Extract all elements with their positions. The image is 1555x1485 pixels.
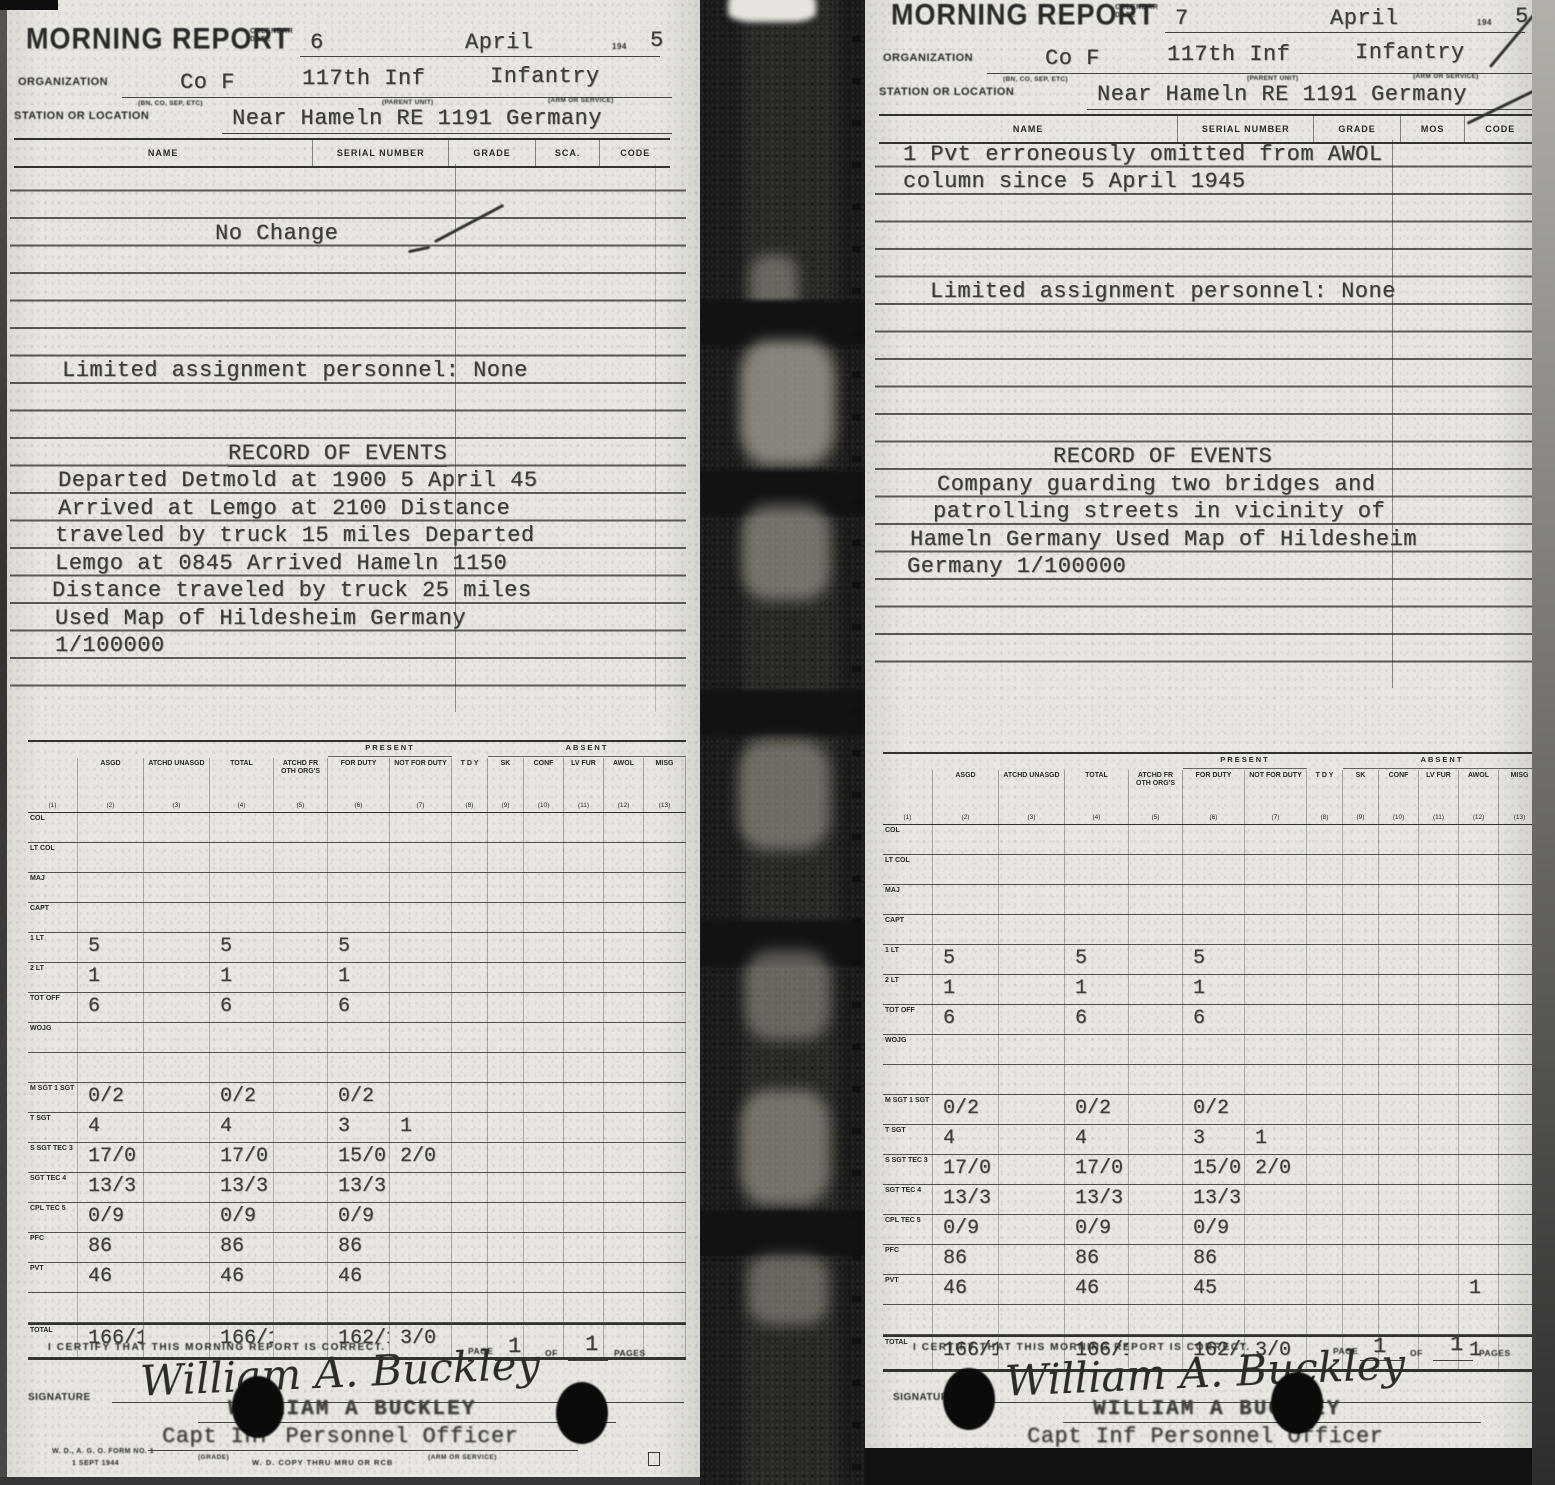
strength-cell [1065,1065,1129,1094]
strength-row: 2 LT111 [28,963,686,993]
strength-cell [1419,1095,1459,1124]
strength-cell [604,1083,644,1112]
strength-cell [1129,1185,1183,1214]
strength-row: PVT464646 [28,1263,686,1293]
strength-row: WOJG [28,1023,686,1053]
strength-cell [274,993,328,1022]
strength-cell: 4 [78,1113,144,1142]
microfilm-spool-strip [700,0,865,1485]
strength-cell [1459,975,1499,1004]
strength-table-header: (1)ASGD(2)ATCHD UNASGD(3)TOTAL(4)ATCHD F… [28,758,686,813]
strength-cell [452,963,488,992]
strength-cell [524,1203,564,1232]
strength-cell [999,1185,1065,1214]
strength-cell: 1 [78,963,144,992]
strength-cell [328,873,390,902]
strength-cell: 6 [328,993,390,1022]
strength-cell [1379,1245,1419,1274]
strength-cell [604,903,644,932]
pages-label: PAGES [614,1348,646,1358]
strength-cell [999,885,1065,914]
strength-cell [390,1203,452,1232]
strength-cell [144,993,210,1022]
strength-cell: 5 [1183,945,1245,974]
column-header: CONF(10) [1379,770,1419,824]
strength-cell [452,1233,488,1262]
signature-label: SIGNATURE [28,1392,91,1403]
strength-row: SGT TEC 413/313/313/3 [28,1173,686,1203]
film-frame-gap [700,1210,865,1256]
strength-cell [78,1053,144,1082]
strength-cell [274,1113,328,1142]
strength-cell: 0/9 [78,1203,144,1232]
strength-cell [1379,1065,1419,1094]
grade-stub: CPL TEC 5 [883,1215,933,1244]
grade-stub: LT COL [883,855,933,884]
strength-cell [999,1005,1065,1034]
strength-cell [452,843,488,872]
grade-stub: M SGT 1 SGT [883,1095,933,1124]
strength-cell [1307,1155,1343,1184]
strength-cell [1307,1215,1343,1244]
strength-cell [1129,1095,1183,1124]
strength-cell [1343,1245,1379,1274]
column-header: T D Y(8) [1307,770,1343,824]
strength-cell [564,843,604,872]
strength-cell: 46 [933,1275,999,1304]
strength-cell [210,903,274,932]
strength-cell [1245,1065,1307,1094]
strength-cell [1245,945,1307,974]
strength-cell [1343,1005,1379,1034]
strength-cell: 46 [1065,1275,1129,1304]
scan-corner-artifact [0,0,58,10]
strength-cell [1065,825,1129,854]
strength-cell [144,963,210,992]
strength-cell [274,933,328,962]
strength-cell [144,813,210,842]
strength-cell [1129,945,1183,974]
strength-cell [564,1143,604,1172]
strength-cell [452,1113,488,1142]
strength-cell [1307,1125,1343,1154]
grade-stub: MAJ [883,885,933,914]
strength-cell [1307,1095,1343,1124]
strength-cell [274,1023,328,1052]
strength-row: COL [28,813,686,843]
strength-cell [1459,1095,1499,1124]
strength-cell [1379,1185,1419,1214]
strength-cell: 86 [1065,1245,1129,1274]
film-blob [740,1090,830,1205]
strength-cell [1379,1035,1419,1064]
column-groups: PRESENTABSENT [28,740,686,758]
strength-cell [78,873,144,902]
strength-cell [1307,1005,1343,1034]
strength-cell [1245,885,1307,914]
strength-cell [644,1143,686,1172]
strength-cell: 1 [1245,1125,1307,1154]
strength-cell [644,1023,686,1052]
strength-cell [1343,885,1379,914]
strength-cell: 45 [1183,1275,1245,1304]
copy-note: W. D. COPY THRU MRU OR RCB [252,1458,393,1467]
strength-cell [144,933,210,962]
strength-cell [1343,1275,1379,1304]
page-total: 1 [585,1332,599,1357]
strength-cell [328,1053,390,1082]
strength-cell [390,1083,452,1112]
strength-cell [78,813,144,842]
strength-cell [328,843,390,872]
strength-row: PFC868686 [883,1245,1541,1275]
strength-cell: 5 [933,945,999,974]
strength-cell [390,1233,452,1262]
strength-cell [144,903,210,932]
grade-sublabel: (GRADE) [198,1454,229,1461]
strength-cell: 6 [78,993,144,1022]
strength-row: PVT4646451 [883,1275,1541,1305]
strength-cell [1419,915,1459,944]
strength-cell [452,993,488,1022]
column-header: (1) [883,770,933,824]
strength-cell [564,1263,604,1292]
strength-row: S SGT TEC 317/017/015/02/0 [883,1155,1541,1185]
strength-cell [999,1035,1065,1064]
punch-hole [556,1382,608,1444]
strength-cell [1343,825,1379,854]
strength-cell [1129,1245,1183,1274]
strength-cell [210,873,274,902]
strength-cell: 3 [1183,1125,1245,1154]
strength-cell [1183,885,1245,914]
strength-cell: 0/9 [1065,1215,1129,1244]
strength-cell [999,1155,1065,1184]
strength-cell [999,1305,1065,1334]
strength-cell: 0/9 [933,1215,999,1244]
column-header: SK(9) [488,758,524,812]
strength-cell: 6 [1183,1005,1245,1034]
strength-cell [1419,1275,1459,1304]
strength-cell [1245,1305,1307,1334]
strength-cell [933,885,999,914]
column-header: FOR DUTY(6) [1183,770,1245,824]
strength-cell [274,1053,328,1082]
strength-cell: 6 [933,1005,999,1034]
strength-cell [1419,885,1459,914]
strength-cell [1419,975,1459,1004]
column-header: AWOL(12) [1459,770,1499,824]
strength-cell [604,1173,644,1202]
strength-row: T SGT4431 [28,1113,686,1143]
scanned-microfilm-document: MORNING REPORT CALENDAR DATE 6 April 194… [0,0,1555,1485]
grade-stub: PVT [883,1275,933,1304]
strength-cell [564,903,604,932]
strength-cell [1343,1155,1379,1184]
strength-cell [488,1293,524,1322]
strength-cell: 1 [1183,975,1245,1004]
form-corner-box [648,1452,660,1466]
strength-cell [933,855,999,884]
strength-cell [1129,975,1183,1004]
strength-cell [1245,1035,1307,1064]
strength-cell [1419,1035,1459,1064]
strength-cell [1459,1155,1499,1184]
strength-cell: 0/9 [1183,1215,1245,1244]
strength-cell [644,1083,686,1112]
strength-cell [144,1053,210,1082]
strength-cell [604,1263,644,1292]
strength-cell [1419,855,1459,884]
strength-cell: 86 [328,1233,390,1262]
strength-cell [1245,1095,1307,1124]
column-header: SK(9) [1343,770,1379,824]
column-header: CONF(10) [524,758,564,812]
strength-cell [210,1053,274,1082]
strength-cell [604,963,644,992]
strength-cell [1459,885,1499,914]
strength-cell [274,1263,328,1292]
strength-cell [488,813,524,842]
strength-cell: 5 [78,933,144,962]
strength-cell [274,1293,328,1322]
grade-stub: CAPT [28,903,78,932]
strength-cell: 17/0 [1065,1155,1129,1184]
strength-cell [488,963,524,992]
grade-stub: M SGT 1 SGT [28,1083,78,1112]
column-group-present: PRESENT [1183,755,1307,769]
grade-stub: LT COL [28,843,78,872]
strength-cell: 86 [210,1233,274,1262]
strength-cell [524,1173,564,1202]
strength-cell [564,1083,604,1112]
strength-cell [999,1275,1065,1304]
strength-cell [1245,975,1307,1004]
strength-cell: 46 [78,1263,144,1292]
strength-cell [524,1113,564,1142]
punch-hole [943,1368,995,1430]
strength-cell [1459,1215,1499,1244]
film-blob [740,340,835,465]
strength-cell [524,1053,564,1082]
film-blob [742,505,830,600]
strength-cell [452,813,488,842]
strength-cell [488,1203,524,1232]
strength-cell [644,1263,686,1292]
strength-cell [1459,1125,1499,1154]
column-groups: PRESENTABSENT [883,752,1541,770]
of-label: OF [1410,1348,1423,1358]
grade-stub: S SGT TEC 3 [883,1155,933,1184]
strength-cell [488,993,524,1022]
page-total-rule [568,1360,608,1361]
strength-cell [488,1023,524,1052]
strength-cell [933,1065,999,1094]
strength-cell [1343,1065,1379,1094]
strength-table: PRESENTABSENT(1)ASGD(2)ATCHD UNASGD(3)TO… [28,740,686,1360]
strength-cell [1419,1065,1459,1094]
strength-cell: 1 [1459,1275,1499,1304]
arm-sublabel: (ARM OR SERVICE) [428,1454,497,1461]
officer-title: Capt Inf Personnel Officer [162,1424,518,1449]
strength-cell [1379,825,1419,854]
strength-row: TOT OFF666 [883,1005,1541,1035]
strength-cell [1307,1065,1343,1094]
strength-cell [1129,1125,1183,1154]
strength-cell [1459,1005,1499,1034]
strength-cell [1459,825,1499,854]
strength-cell [1307,1305,1343,1334]
strength-cell: 15/0 [328,1143,390,1172]
grade-stub: COL [883,825,933,854]
strength-row: SGT TEC 413/313/313/3 [883,1185,1541,1215]
strength-cell [644,963,686,992]
strength-cell [524,1023,564,1052]
strength-cell [1343,1125,1379,1154]
strength-cell: 5 [1065,945,1129,974]
grade-stub: PVT [28,1263,78,1292]
strength-cell [1343,945,1379,974]
strength-cell [1183,1035,1245,1064]
grade-stub: WOJG [28,1023,78,1052]
strength-cell [1379,855,1419,884]
strength-cell [644,1173,686,1202]
strength-cell [1343,1215,1379,1244]
strength-cell: 4 [1065,1125,1129,1154]
officer-title-rule [148,1450,578,1451]
strength-cell [488,1173,524,1202]
strength-cell [1245,1215,1307,1244]
strength-cell [1459,1185,1499,1214]
strength-cell [210,1023,274,1052]
grade-stub: T SGT [28,1113,78,1142]
strength-cell: 0/2 [1065,1095,1129,1124]
strength-cell [210,813,274,842]
strength-cell [1129,915,1183,944]
strength-cell [1419,825,1459,854]
strength-cell [1307,945,1343,974]
strength-cell [604,813,644,842]
strength-cell: 5 [210,933,274,962]
strength-cell [564,993,604,1022]
strength-cell: 86 [78,1233,144,1262]
strength-cell: 1 [933,975,999,1004]
strength-cell [78,1293,144,1322]
strength-cell [78,1023,144,1052]
strength-cell [524,1083,564,1112]
strength-cell [933,825,999,854]
strength-cell [1307,855,1343,884]
strength-cell [1183,915,1245,944]
strength-cell: 46 [328,1263,390,1292]
strength-cell: 13/3 [1183,1185,1245,1214]
strength-cell [1419,1215,1459,1244]
strength-cell [524,993,564,1022]
strength-cell [1307,1275,1343,1304]
grade-stub: TOT OFF [883,1005,933,1034]
strength-cell [644,1293,686,1322]
strength-cell [488,1083,524,1112]
strength-cell [390,1293,452,1322]
strength-row: COL [883,825,1541,855]
strength-cell [1065,915,1129,944]
strength-cell [452,1263,488,1292]
strength-cell [564,1173,604,1202]
grade-stub: CAPT [883,915,933,944]
strength-cell [1129,1155,1183,1184]
grade-stub [28,1053,78,1082]
grade-stub: WOJG [883,1035,933,1064]
scan-bottom-edge-right [865,1448,1555,1485]
strength-cell [644,1053,686,1082]
column-header: LV FUR(11) [564,758,604,812]
strength-cell [1307,975,1343,1004]
strength-cell: 13/3 [78,1173,144,1202]
strength-cell [564,1053,604,1082]
strength-cell [564,813,604,842]
strength-cell [644,1113,686,1142]
strength-cell [1129,1215,1183,1244]
grade-stub: 2 LT [28,963,78,992]
strength-cell [1065,885,1129,914]
strength-cell [328,903,390,932]
column-header: NOT FOR DUTY(7) [390,758,452,812]
officer-title: Capt Inf Personnel Officer [1027,1424,1383,1449]
scan-left-edge [0,0,7,1485]
typed-name-rule [1063,1422,1481,1423]
strength-cell [999,1065,1065,1094]
strength-cell [210,1293,274,1322]
strength-cell [78,903,144,932]
strength-cell [1343,915,1379,944]
column-group-present: PRESENT [328,743,452,757]
strength-cell [644,1325,686,1357]
strength-cell [524,813,564,842]
column-header: ATCHD FR OTH ORG'S(5) [274,758,328,812]
strength-cell [604,1053,644,1082]
strength-cell [604,1293,644,1322]
strength-cell [1245,1275,1307,1304]
strength-table: PRESENTABSENT(1)ASGD(2)ATCHD UNASGD(3)TO… [883,752,1541,1372]
strength-cell [564,933,604,962]
strength-cell [524,1233,564,1262]
strength-cell: 0/9 [210,1203,274,1232]
strength-cell [604,993,644,1022]
strength-cell [390,963,452,992]
strength-cell [1379,945,1419,974]
strength-cell [1307,1185,1343,1214]
strength-cell [144,1203,210,1232]
strength-cell [1129,1275,1183,1304]
strength-cell [564,963,604,992]
strength-cell: 86 [933,1245,999,1274]
strength-table-header: (1)ASGD(2)ATCHD UNASGD(3)TOTAL(4)ATCHD F… [883,770,1541,825]
strength-cell [1419,1245,1459,1274]
strength-cell [1459,1245,1499,1274]
strength-cell [1129,825,1183,854]
strength-cell [644,843,686,872]
strength-row: WOJG [883,1035,1541,1065]
strength-cell [144,1173,210,1202]
strength-cell [488,843,524,872]
strength-row: M SGT 1 SGT0/20/20/2 [28,1083,686,1113]
strength-row: 2 LT111 [883,975,1541,1005]
strength-cell [1245,1185,1307,1214]
punch-hole [232,1376,284,1438]
strength-cell: 13/3 [933,1185,999,1214]
strength-cell [1129,1065,1183,1094]
strength-cell [144,1143,210,1172]
